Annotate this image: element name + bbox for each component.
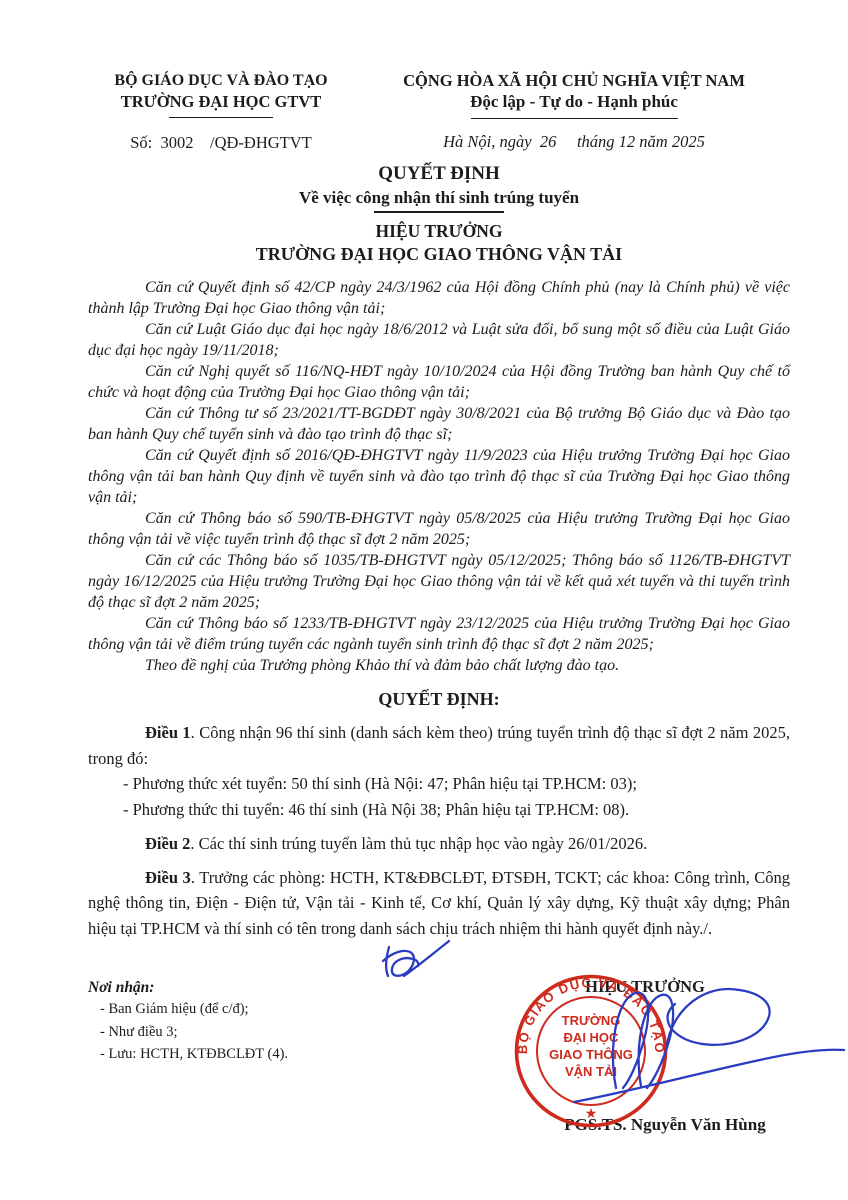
seal-center-line-2: ĐẠI HỌC [564, 1030, 620, 1045]
article-2: Điều 2. Các thí sinh trúng tuyển làm thủ… [88, 831, 790, 857]
ministry-name: BỘ GIÁO DỤC VÀ ĐÀO TẠO [84, 70, 358, 91]
article-3-label: Điều 3 [145, 868, 191, 887]
recital-1: Căn cứ Quyết định số 42/CP ngày 24/3/196… [88, 277, 790, 319]
national-motto: Độc lập - Tự do - Hạnh phúc [378, 91, 770, 113]
decision-heading: QUYẾT ĐỊNH: [88, 689, 790, 710]
seal-center-line-3: GIAO THÔNG [549, 1047, 633, 1062]
recital-7: Căn cứ các Thông báo số 1035/TB-ĐHGTVT n… [88, 550, 790, 613]
issuer-organization: TRƯỜNG ĐẠI HỌC GIAO THÔNG VẬN TẢI [88, 243, 790, 266]
recital-3: Căn cứ Nghị quyết số 116/NQ-HĐT ngày 10/… [88, 361, 790, 403]
article-1-bullet-2: - Phương thức thi tuyển: 46 thí sinh (Hà… [88, 797, 790, 823]
recital-9: Theo đề nghị của Trưởng phòng Khảo thí v… [88, 655, 790, 676]
issuing-agency-block: BỘ GIÁO DỤC VÀ ĐÀO TẠO TRƯỜNG ĐẠI HỌC GT… [84, 70, 358, 153]
recipient-item-2: - Như điều 3; [100, 1021, 388, 1044]
recipient-item-1: - Ban Giám hiệu (để c/đ); [100, 998, 388, 1021]
official-seal: BỘ GIÁO DỤC VÀ ĐÀO TẠO TRƯỜNG ĐẠI HỌC GI… [512, 972, 670, 1130]
star-icon: ★ [585, 1107, 598, 1122]
national-title: CỘNG HÒA XÃ HỘI CHỦ NGHĨA VIỆT NAM [378, 70, 770, 91]
document-title: QUYẾT ĐỊNH [88, 162, 790, 185]
initials-paraph-slash [404, 941, 449, 976]
article-3-text: . Trưởng các phòng: HCTH, KT&ĐBCLĐT, ĐTS… [88, 868, 790, 938]
recital-6: Căn cứ Thông báo số 590/TB-ĐHGTVT ngày 0… [88, 508, 790, 550]
article-2-label: Điều 2 [145, 834, 190, 853]
initials-paraph-stroke-1 [386, 947, 389, 976]
recital-4: Căn cứ Thông tư số 23/2021/TT-BGDĐT ngày… [88, 403, 790, 445]
article-1-bullet-1: - Phương thức xét tuyển: 50 thí sinh (Hà… [88, 771, 790, 797]
article-1: Điều 1. Công nhận 96 thí sinh (danh sách… [88, 720, 790, 771]
article-2-text: . Các thí sinh trúng tuyển làm thủ tục n… [190, 834, 647, 853]
document-body: QUYẾT ĐỊNH Về việc công nhận thí sinh tr… [88, 162, 790, 941]
decision-document-page: BỘ GIÁO DỤC VÀ ĐÀO TẠO TRƯỜNG ĐẠI HỌC GT… [0, 0, 848, 1200]
recital-8: Căn cứ Thông báo số 1233/TB-ĐHGTVT ngày … [88, 613, 790, 655]
subtitle-rule [374, 211, 504, 213]
recitals-section: Căn cứ Quyết định số 42/CP ngày 24/3/196… [88, 277, 790, 676]
university-name-short: TRƯỜNG ĐẠI HỌC GTVT [84, 91, 358, 112]
national-motto-block: CỘNG HÒA XÃ HỘI CHỦ NGHĨA VIỆT NAM Độc l… [378, 70, 770, 152]
initials-paraph-stroke-2 [383, 951, 418, 976]
recital-2: Căn cứ Luật Giáo dục đại học ngày 18/6/2… [88, 319, 790, 361]
recipient-item-3: - Lưu: HCTH, KTĐBCLĐT (4). [100, 1043, 388, 1066]
place-date-line: Hà Nội, ngày 26 tháng 12 năm 2025 [378, 132, 770, 152]
recipients-label: Nơi nhận: [88, 977, 388, 998]
article-3: Điều 3. Trưởng các phòng: HCTH, KT&ĐBCLĐ… [88, 865, 790, 942]
document-subtitle: Về việc công nhận thí sinh trúng tuyển [88, 187, 790, 209]
document-number: Số: 3002 /QĐ-ĐHGTVT [84, 133, 358, 153]
header-right-rule [471, 118, 678, 119]
article-1-label: Điều 1 [145, 723, 191, 742]
recital-5: Căn cứ Quyết định số 2016/QĐ-ĐHGTVT ngày… [88, 445, 790, 508]
seal-center-line-1: TRƯỜNG [562, 1013, 621, 1028]
header-left-rule [169, 117, 273, 118]
issuer-title: HIỆU TRƯỞNG [88, 220, 790, 242]
article-1-text: . Công nhận 96 thí sinh (danh sách kèm t… [88, 723, 790, 768]
recipients-block: Nơi nhận: - Ban Giám hiệu (để c/đ); - Nh… [88, 977, 388, 1066]
signature-oval-stroke [667, 989, 770, 1045]
seal-center-line-4: VẬN TẢI [565, 1064, 617, 1079]
